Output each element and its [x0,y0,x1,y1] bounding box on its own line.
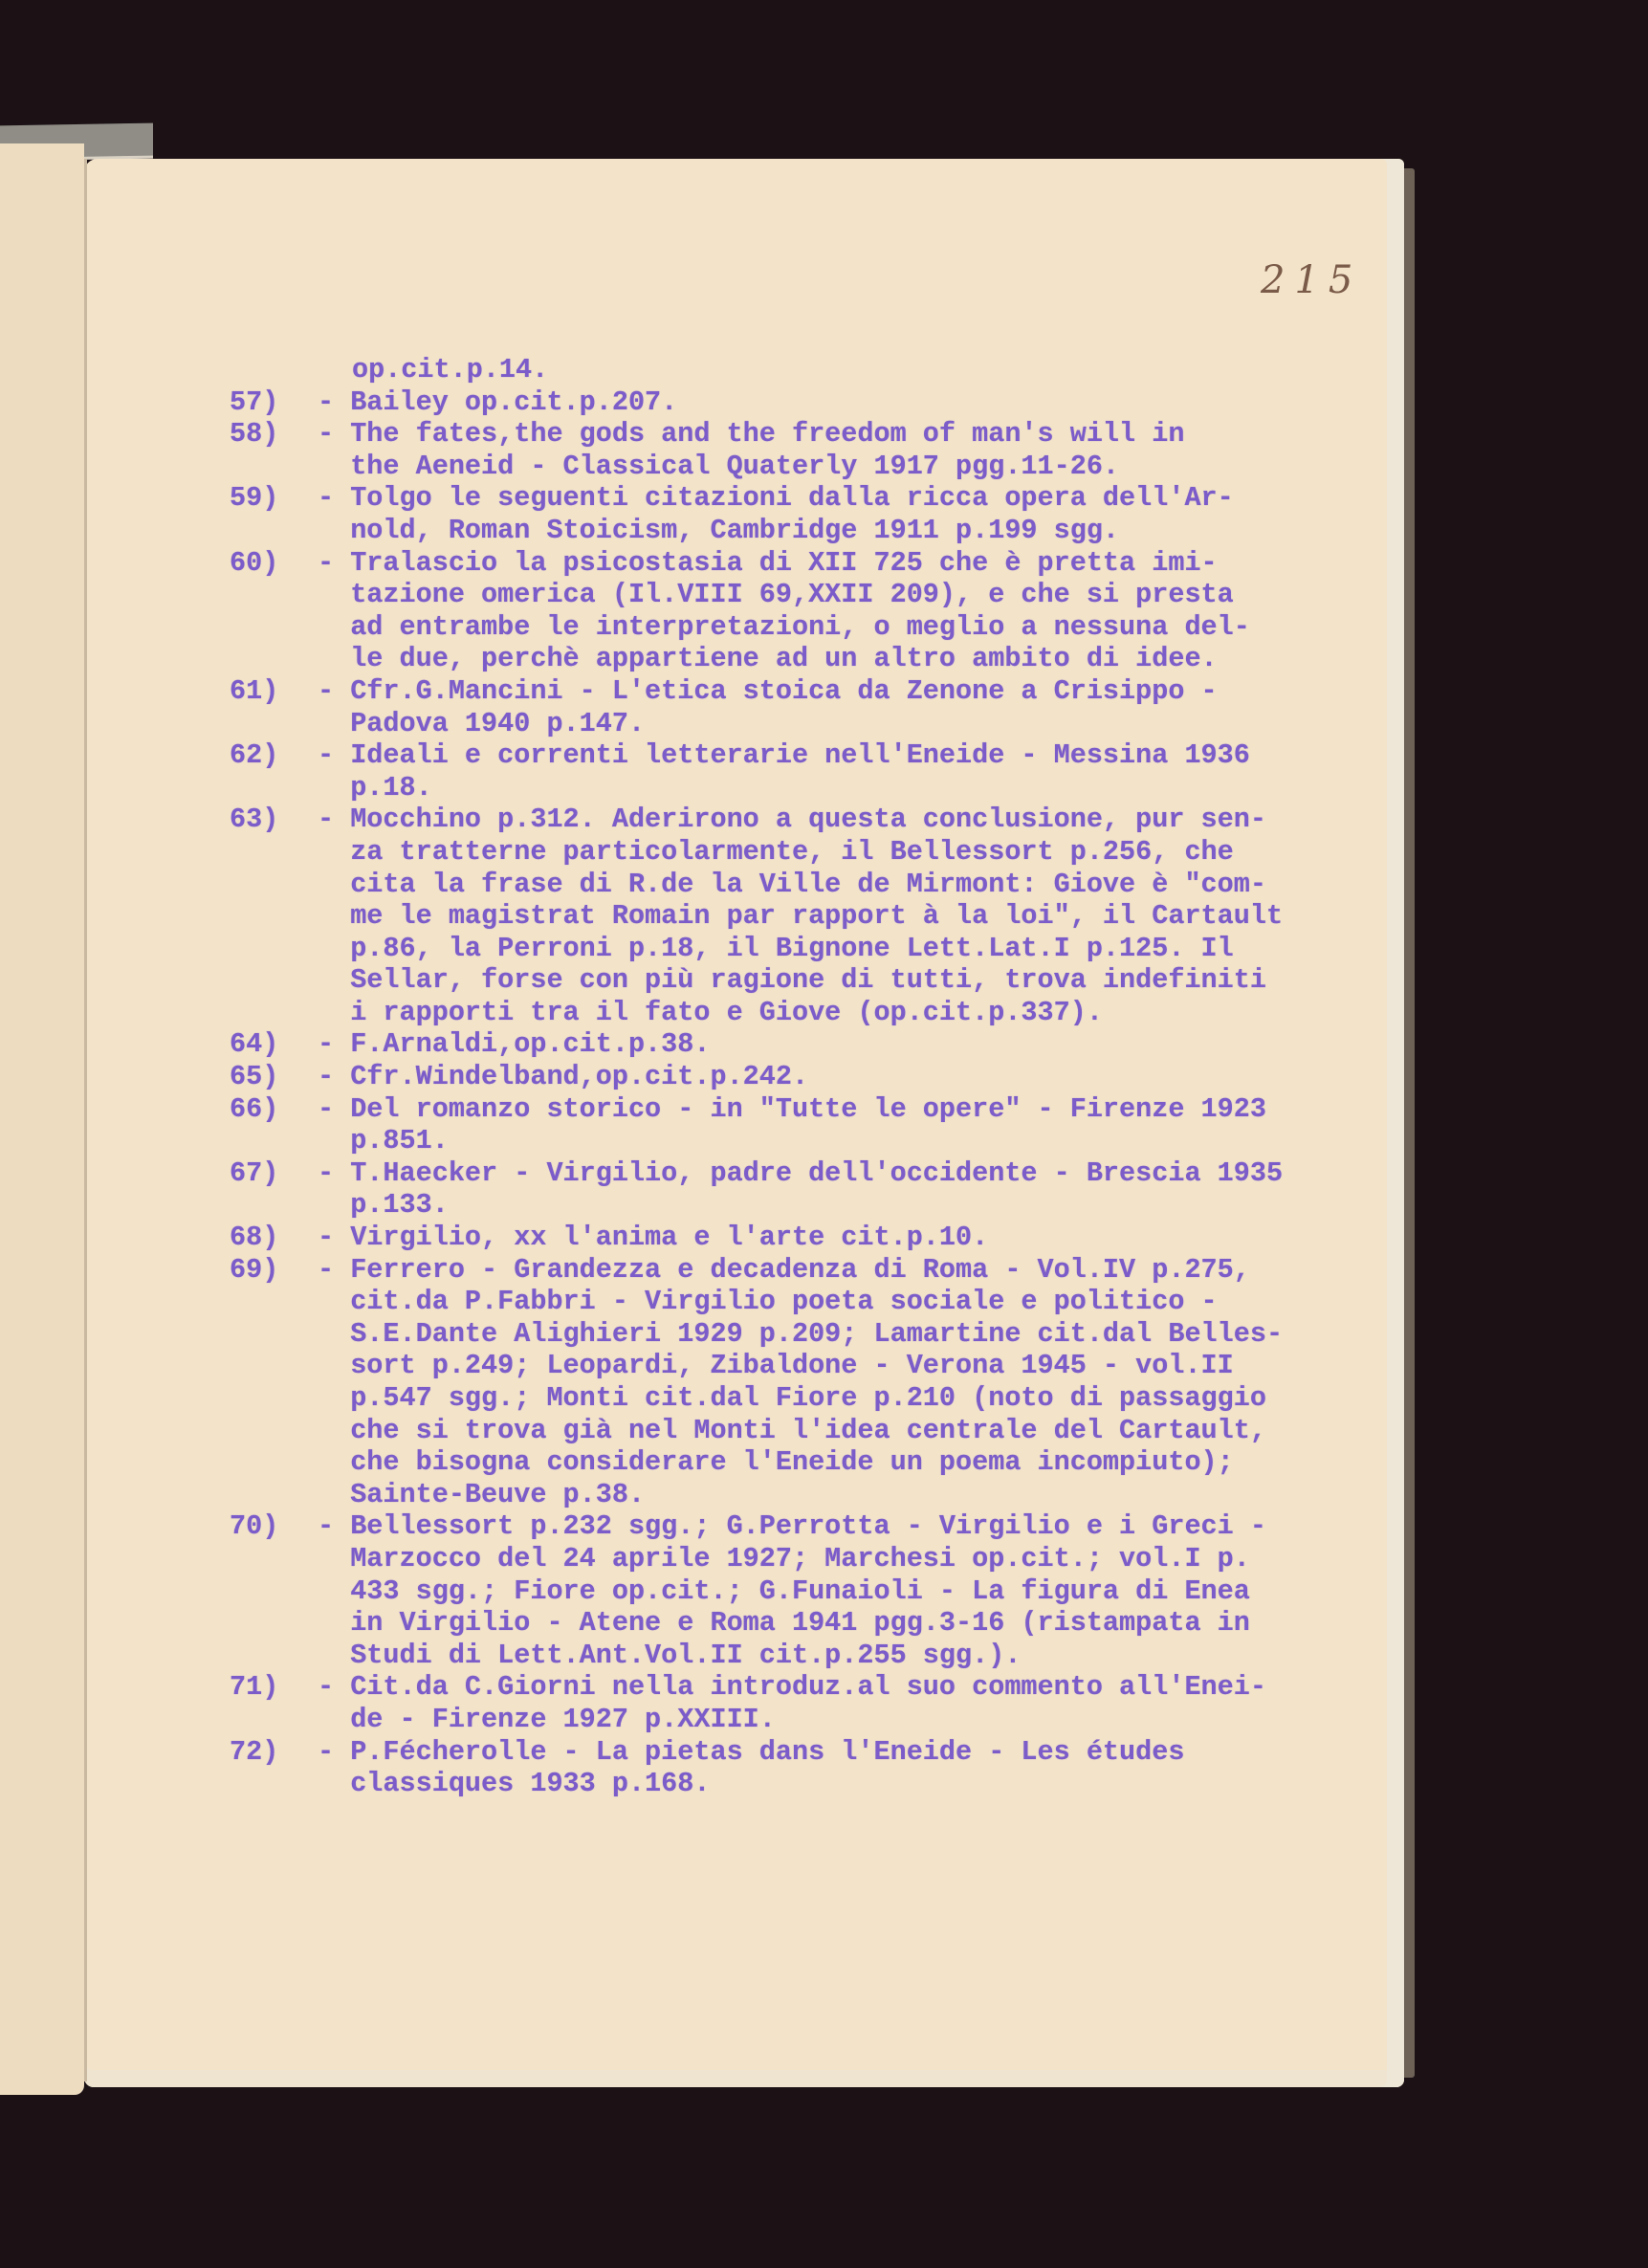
footnote-line: - Cfr.G.Mancini - L'etica stoica da Zeno… [318,675,1377,708]
footnote-number: 58) [230,418,318,482]
note-text: op.cit.p.14. [318,354,1377,386]
footnote-item: 60)- Tralascio la psicostasia di XII 725… [230,547,1377,675]
footnote-line: - Ideali e correnti letterarie nell'Enei… [318,739,1377,772]
footnote-line: - Del romanzo storico - in "Tutte le ope… [318,1093,1377,1126]
footnote-line: Padova 1940 p.147. [318,708,1377,740]
footnote-line: i rapporti tra il fato e Giove (op.cit.p… [318,997,1377,1029]
footnote-line: le due, perchè appartiene ad un altro am… [318,643,1377,675]
footnote-line: - P.Fécherolle - La pietas dans l'Eneide… [318,1736,1377,1769]
footnote-body: - Bailey op.cit.p.207. [318,386,1377,419]
page-number: 215 [1261,258,1362,302]
footnotes-list: op.cit.p.14. 57)- Bailey op.cit.p.207.58… [230,354,1377,1800]
footnote-body: - Del romanzo storico - in "Tutte le ope… [318,1093,1377,1157]
footnote-item: 64)- F.Arnaldi,op.cit.p.38. [230,1028,1377,1061]
footnote-line: cita la frase di R.de la Ville de Mirmon… [318,869,1377,901]
footnote-number: 60) [230,547,318,675]
footnote-body: - Virgilio, xx l'anima e l'arte cit.p.10… [318,1222,1377,1254]
footnote-line: in Virgilio - Atene e Roma 1941 pgg.3-16… [318,1607,1377,1640]
footnote-item: 59)- Tolgo le seguenti citazioni dalla r… [230,482,1377,546]
footnote-line: me le magistrat Romain par rapport à la … [318,900,1377,933]
footnote-item: 65)- Cfr.Windelband,op.cit.p.242. [230,1061,1377,1093]
footnote-line: - Ferrero - Grandezza e decadenza di Rom… [318,1254,1377,1287]
footnote-item: 63)- Mocchino p.312. Aderirono a questa … [230,804,1377,1028]
left-page-edge [0,143,84,2095]
footnote-number: 68) [230,1222,318,1254]
footnote-body: - F.Arnaldi,op.cit.p.38. [318,1028,1377,1061]
footnote-line: - Cfr.Windelband,op.cit.p.242. [318,1061,1377,1093]
continuation-line: op.cit.p.14. [230,354,1377,386]
footnote-line: - Bellessort p.232 sgg.; G.Perrotta - Vi… [318,1510,1377,1543]
footnote-line: p.851. [318,1125,1377,1157]
footnote-line: - T.Haecker - Virgilio, padre dell'occid… [318,1157,1377,1190]
footnote-line: - Tolgo le seguenti citazioni dalla ricc… [318,482,1377,515]
footnote-line: che bisogna considerare l'Eneide un poem… [318,1446,1377,1479]
footnote-body: - Cit.da C.Giorni nella introduz.al suo … [318,1671,1377,1735]
footnote-item: 61)- Cfr.G.Mancini - L'etica stoica da Z… [230,675,1377,739]
footnote-number: 65) [230,1061,318,1093]
footnote-line: cit.da P.Fabbri - Virgilio poeta sociale… [318,1286,1377,1318]
footnote-item: 72)- P.Fécherolle - La pietas dans l'Ene… [230,1736,1377,1800]
footnote-number: 66) [230,1093,318,1157]
footnote-line: 433 sgg.; Fiore op.cit.; G.Funaioli - La… [318,1575,1377,1608]
footnote-line: - Mocchino p.312. Aderirono a questa con… [318,804,1377,836]
footnote-body: - Tolgo le seguenti citazioni dalla ricc… [318,482,1377,546]
footnote-line: - Tralascio la psicostasia di XII 725 ch… [318,547,1377,580]
footnote-item: 62)- Ideali e correnti letterarie nell'E… [230,739,1377,804]
footnote-line: - Virgilio, xx l'anima e l'arte cit.p.10… [318,1222,1377,1254]
footnote-body: - Mocchino p.312. Aderirono a questa con… [318,804,1377,1028]
footnote-line: classiques 1933 p.168. [318,1768,1377,1800]
footnote-body: - Ferrero - Grandezza e decadenza di Rom… [318,1254,1377,1511]
footnote-body: - P.Fécherolle - La pietas dans l'Eneide… [318,1736,1377,1800]
footnote-number: 72) [230,1736,318,1800]
footnote-line: - F.Arnaldi,op.cit.p.38. [318,1028,1377,1061]
footnote-line: - The fates,the gods and the freedom of … [318,418,1377,451]
footnote-line: de - Firenze 1927 p.XXIII. [318,1704,1377,1736]
footnote-line: p.133. [318,1189,1377,1222]
gutter-line [84,159,87,2081]
footnote-number: 71) [230,1671,318,1735]
footnote-line: za tratterne particolarmente, il Belless… [318,836,1377,869]
footnote-number: 70) [230,1510,318,1671]
footnote-item: 68)- Virgilio, xx l'anima e l'arte cit.p… [230,1222,1377,1254]
footnote-item: 66)- Del romanzo storico - in "Tutte le … [230,1093,1377,1157]
footnote-body: - T.Haecker - Virgilio, padre dell'occid… [318,1157,1377,1222]
footnote-number: 63) [230,804,318,1028]
footnote-line: the Aeneid - Classical Quaterly 1917 pgg… [318,451,1377,483]
footnote-line: Marzocco del 24 aprile 1927; Marchesi op… [318,1543,1377,1575]
footnote-line: p.86, la Perroni p.18, il Bignone Lett.L… [318,933,1377,965]
footnote-number: 57) [230,386,318,419]
footnote-body: - Tralascio la psicostasia di XII 725 ch… [318,547,1377,675]
footnote-line: tazione omerica (Il.VIII 69,XXII 209), e… [318,579,1377,611]
footnote-line: che si trova già nel Monti l'idea centra… [318,1415,1377,1447]
footnote-line: nold, Roman Stoicism, Cambridge 1911 p.1… [318,515,1377,547]
footnote-item: 71)- Cit.da C.Giorni nella introduz.al s… [230,1671,1377,1735]
footnote-body: - The fates,the gods and the freedom of … [318,418,1377,482]
footnote-number: 64) [230,1028,318,1061]
footnote-number: 61) [230,675,318,739]
footnote-line: p.547 sgg.; Monti cit.dal Fiore p.210 (n… [318,1382,1377,1415]
footnote-item: 70)- Bellessort p.232 sgg.; G.Perrotta -… [230,1510,1377,1671]
footnote-line: p.18. [318,772,1377,804]
footnote-line: Sainte-Beuve p.38. [318,1479,1377,1511]
footnote-number: 67) [230,1157,318,1222]
footnote-line: Studi di Lett.Ant.Vol.II cit.p.255 sgg.)… [318,1640,1377,1672]
footnote-body: - Ideali e correnti letterarie nell'Enei… [318,739,1377,804]
footnote-item: 57)- Bailey op.cit.p.207. [230,386,1377,419]
footnote-line: ad entrambe le interpretazioni, o meglio… [318,611,1377,644]
footnote-body: - Bellessort p.232 sgg.; G.Perrotta - Vi… [318,1510,1377,1671]
footnote-item: 58)- The fates,the gods and the freedom … [230,418,1377,482]
footnote-line: Sellar, forse con più ragione di tutti, … [318,964,1377,997]
footnote-number: 62) [230,739,318,804]
footnote-line: - Bailey op.cit.p.207. [318,386,1377,419]
footnote-body: - Cfr.G.Mancini - L'etica stoica da Zeno… [318,675,1377,739]
footnote-line: - Cit.da C.Giorni nella introduz.al suo … [318,1671,1377,1704]
notes-container: 57)- Bailey op.cit.p.207.58)- The fates,… [230,386,1377,1800]
footnote-number: 59) [230,482,318,546]
footnote-line: S.E.Dante Alighieri 1929 p.209; Lamartin… [318,1318,1377,1351]
footnote-number: 69) [230,1254,318,1511]
footnote-item: 67)- T.Haecker - Virgilio, padre dell'oc… [230,1157,1377,1222]
footnote-item: 69)- Ferrero - Grandezza e decadenza di … [230,1254,1377,1511]
footnote-line: sort p.249; Leopardi, Zibaldone - Verona… [318,1350,1377,1382]
footnote-body: - Cfr.Windelband,op.cit.p.242. [318,1061,1377,1093]
